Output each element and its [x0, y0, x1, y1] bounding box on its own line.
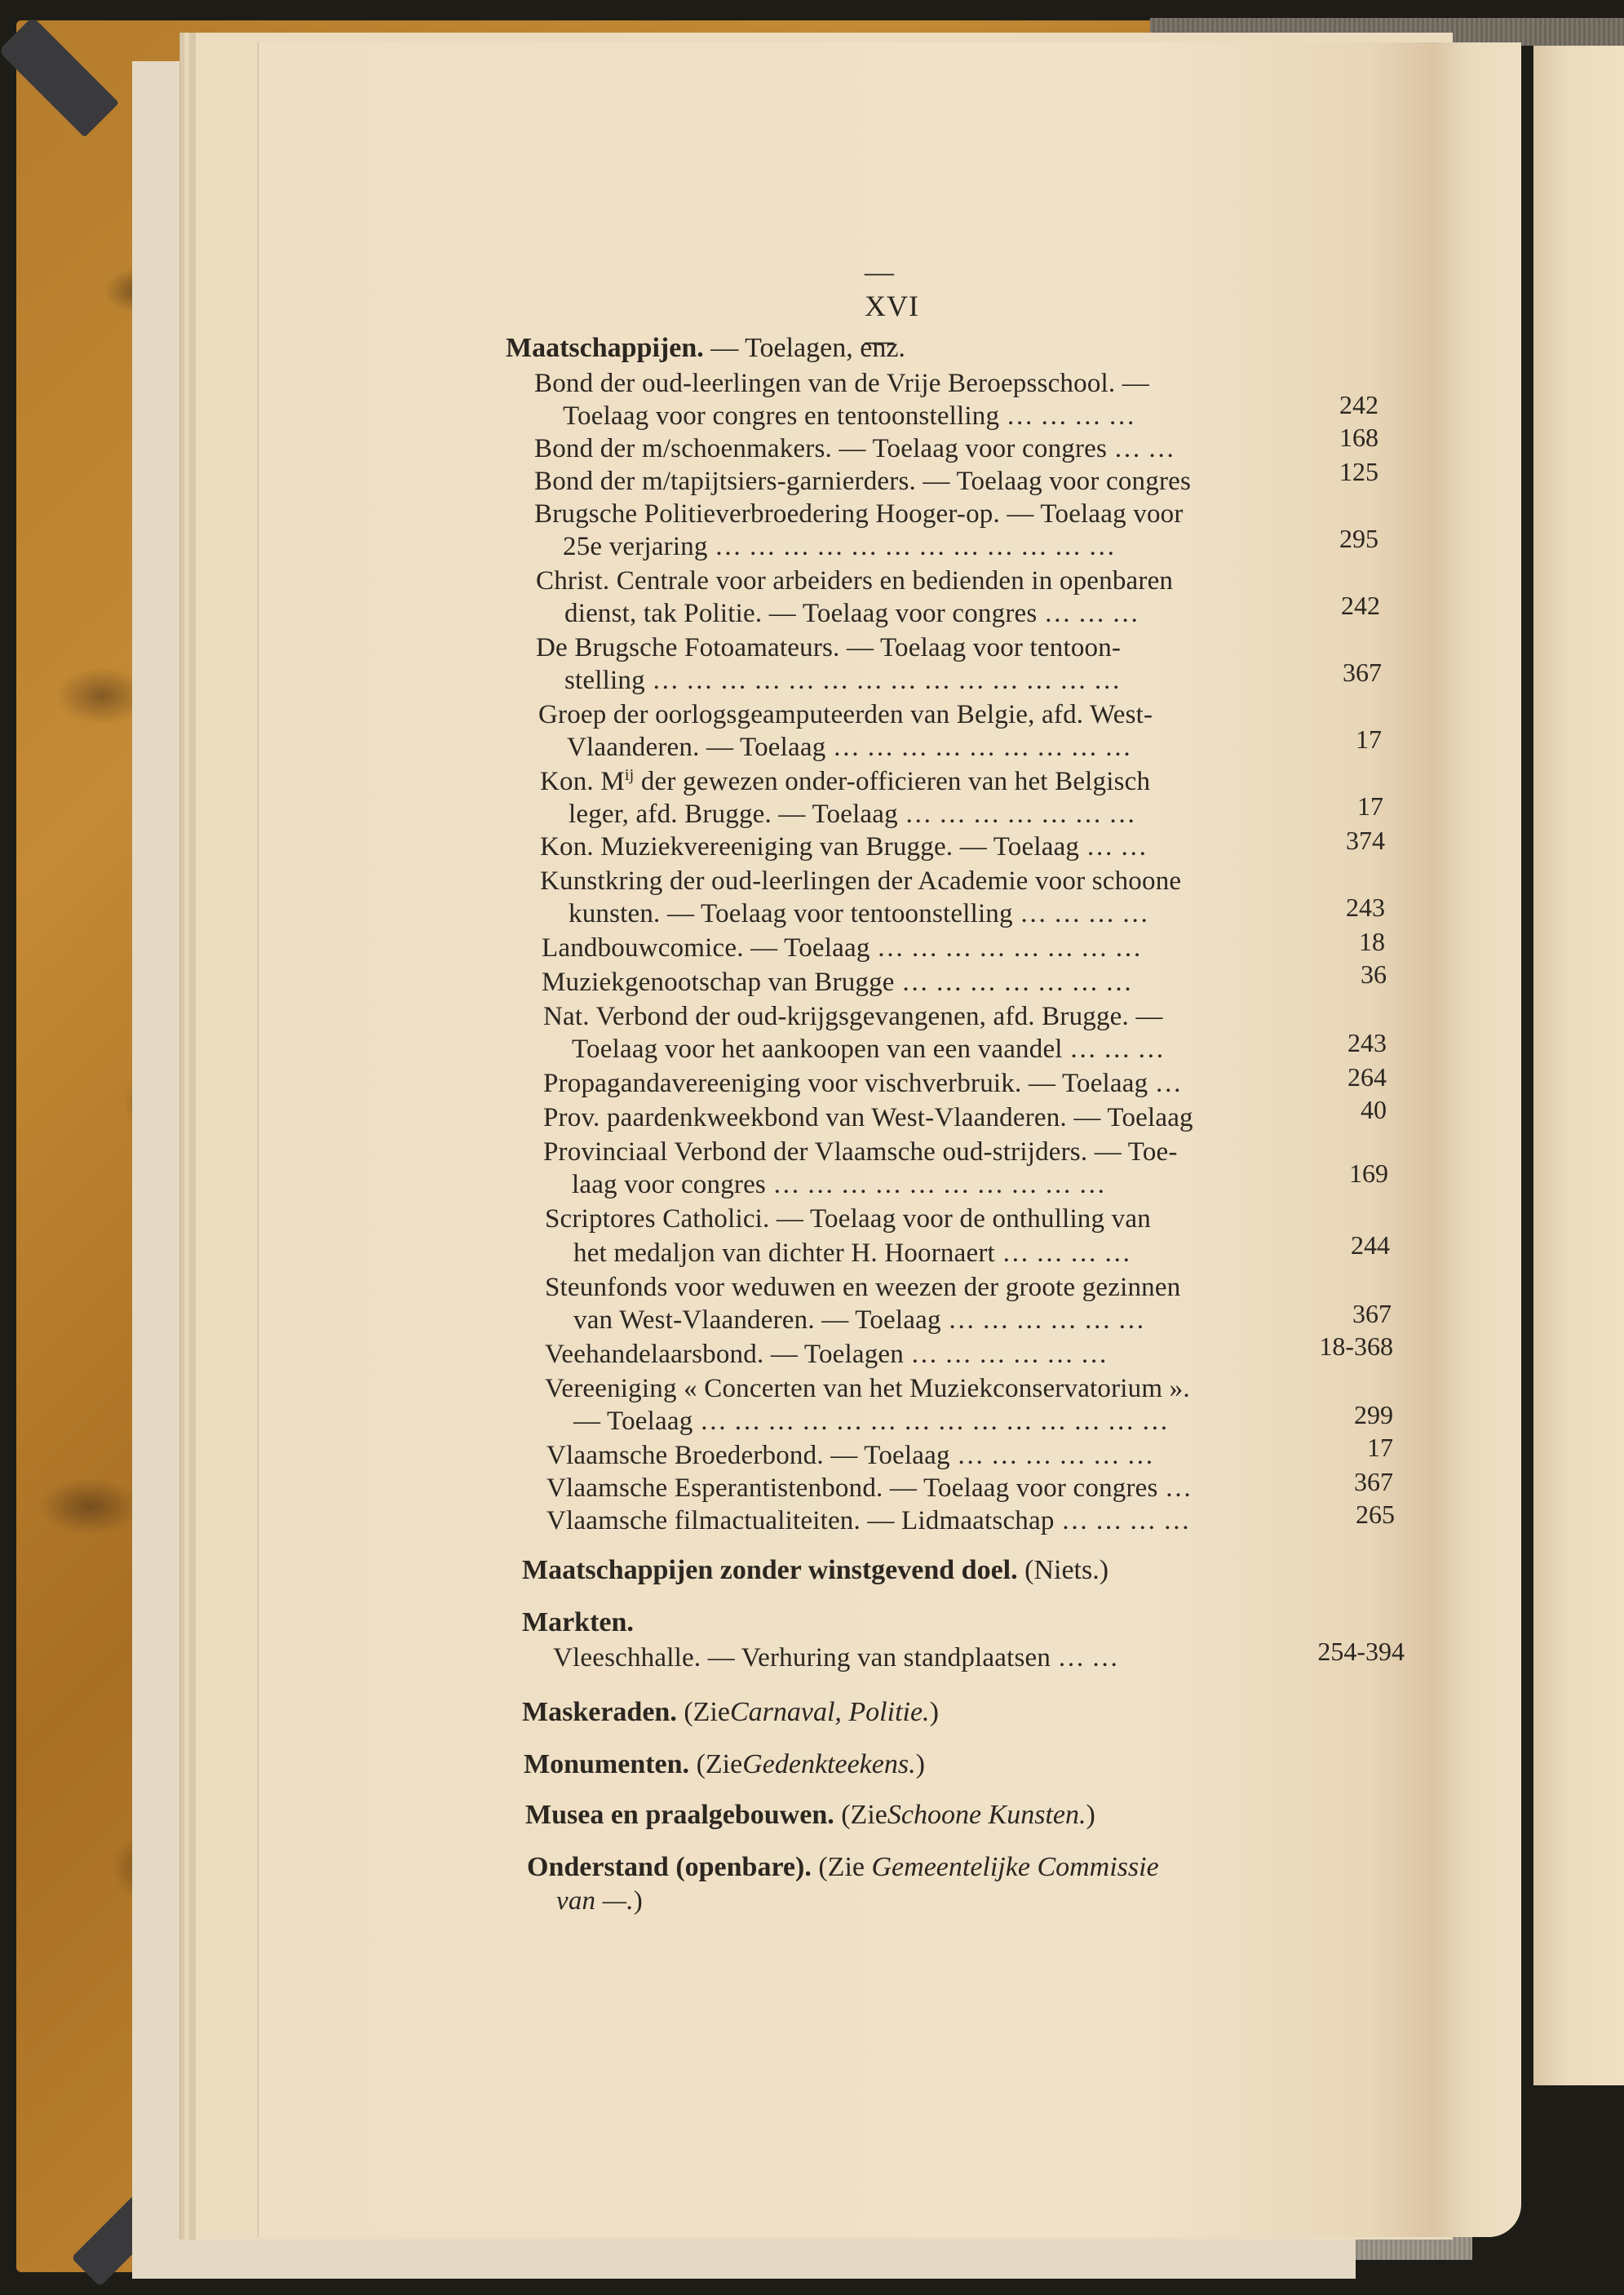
page-ref: 367 [1251, 658, 1382, 688]
note-suffix: ) [930, 1697, 939, 1727]
entry-line: laag voor congres … … … … … … … … … … [572, 1170, 1105, 1200]
heading-onderstand-continuation: van —.) [556, 1886, 643, 1916]
page-ref: 168 [1248, 423, 1378, 453]
entry-line: het medaljon van dichter H. Hoornaert … … [573, 1238, 1131, 1269]
entry-line: De Brugsche Fotoamateurs. — Toelaag voor… [536, 633, 1121, 663]
entry-line: Vlaanderen. — Toelaag … … … … … … … … … [567, 733, 1131, 763]
page-ref: 17 [1263, 1433, 1393, 1463]
entry-line: Scriptores Catholici. — Toelaag voor de … [545, 1204, 1151, 1234]
page-ref: 243 [1255, 893, 1385, 923]
note-suffix: ) [916, 1749, 925, 1779]
heading-onderstand: Onderstand (openbare). (Zie Gemeentelijk… [527, 1852, 1159, 1883]
entry-line: Vleeschhalle. — Verhuring van standplaat… [553, 1643, 1118, 1673]
page-ref: 125 [1248, 457, 1378, 487]
entry-line: Kon. Muziekvereeniging van Brugge. — Toe… [540, 832, 1147, 862]
page-ref: 244 [1259, 1230, 1390, 1260]
entry-line: stelling … … … … … … … … … … … … … … [564, 666, 1121, 696]
entry-line: Muziekgenootschap van Brugge … … … … … …… [542, 968, 1132, 998]
note-italic: Schoone Kunsten. [887, 1800, 1086, 1830]
note-prefix: (Zie [818, 1852, 865, 1882]
page-ref: 17 [1253, 791, 1383, 822]
entry-line: Kunstkring der oud-leerlingen der Academ… [540, 866, 1181, 897]
entry-line: Propagandavereeniging voor vischverbruik… [543, 1069, 1182, 1099]
heading-title: Maatschappijen zonder winstgevend doel. [522, 1555, 1018, 1585]
page-ref: 18-368 [1263, 1331, 1393, 1362]
entry-line: Nat. Verbond der oud-krijgsgevangenen, a… [543, 1002, 1163, 1032]
heading-monumenten: Monumenten. (ZieGedenkteekens.) [524, 1749, 925, 1780]
entry-line: Vereeniging « Concerten van het Muziekco… [545, 1374, 1190, 1404]
heading-title: Maatschappijen. [506, 333, 704, 363]
note-italic: van —. [556, 1886, 634, 1916]
entry-line: Bond der m/schoenmakers. — Toelaag voor … [534, 434, 1175, 464]
page-ref: 374 [1255, 826, 1385, 856]
page-ref: 243 [1256, 1028, 1387, 1058]
heading-markten: Markten. [522, 1607, 634, 1638]
entry-line: 25e verjaring … … … … … … … … … … … … [563, 532, 1115, 562]
heading-title: Musea en praalgebouwen. [525, 1800, 834, 1830]
page-ref: 299 [1263, 1400, 1393, 1430]
entry-line: Bond der oud-leerlingen van de Vrije Ber… [534, 369, 1149, 399]
entry-line: kunsten. — Toelaag voor tentoonstelling … [569, 899, 1148, 929]
heading-title: Markten. [522, 1607, 634, 1637]
heading-title: Monumenten. [524, 1749, 689, 1779]
page-ref: 40 [1256, 1095, 1387, 1125]
page-ref: 254-394 [1266, 1637, 1405, 1667]
note-prefix: (Zie [841, 1800, 887, 1830]
entry-line: Provinciaal Verbond der Vlaamsche oud-st… [543, 1137, 1178, 1167]
note-suffix: ) [634, 1886, 643, 1916]
entry-line: Vlaamsche Esperantistenbond. — Toelaag v… [546, 1473, 1192, 1504]
note-italic: Carnaval, Politie. [730, 1697, 930, 1727]
entry-line: Brugsche Politieverbroedering Hooger-op.… [534, 499, 1184, 529]
heading-maatschappijen-zonder-winst: Maatschappijen zonder winstgevend doel. … [522, 1555, 1108, 1586]
heading-musea: Musea en praalgebouwen. (ZieSchoone Kuns… [525, 1800, 1095, 1831]
page-ref: 367 [1261, 1299, 1392, 1329]
heading-maskeraden: Maskeraden. (ZieCarnaval, Politie.) [522, 1697, 939, 1728]
heading-title: Onderstand (openbare). [527, 1852, 812, 1882]
entry-line: dienst, tak Politie. — Toelaag voor cong… [564, 599, 1139, 629]
heading-title: Maskeraden. [522, 1697, 677, 1727]
entry-line: van West-Vlaanderen. — Toelaag … … … … …… [573, 1305, 1145, 1336]
entry-line: Veehandelaarsbond. — Toelagen … … … … … … [545, 1340, 1108, 1370]
note-italic: Gemeentelijke Commissie [872, 1852, 1159, 1882]
entry-line: Kon. Mij der gewezen onder-officieren va… [540, 767, 1150, 797]
entry-line: — Toelaag … … … … … … … … … … … … … … [573, 1407, 1169, 1437]
page-ref: 367 [1263, 1467, 1393, 1497]
page-ref: 36 [1256, 959, 1387, 990]
page-ref: 17 [1251, 724, 1382, 755]
heading-subtitle: — Toelagen, enz. [710, 333, 905, 363]
entry-line: Christ. Centrale voor arbeiders en bedie… [536, 566, 1173, 596]
page-ref: 169 [1258, 1159, 1388, 1189]
entry-line: Steunfonds voor weduwen en weezen der gr… [545, 1273, 1180, 1303]
entry-line: Toelaag voor het aankoopen van een vaand… [572, 1035, 1165, 1065]
note-prefix: (Zie [697, 1749, 743, 1779]
page-ref: 265 [1264, 1500, 1395, 1530]
entry-line: Vlaamsche Broederbond. — Toelaag … … … …… [546, 1441, 1154, 1471]
entry-line: Toelaag voor congres en tentoonstelling … [563, 401, 1135, 432]
heading-note: (Niets.) [1024, 1555, 1108, 1585]
entry-line: Bond der m/tapijtsiers-garnierders. — To… [534, 467, 1191, 497]
entry-line: Groep der oorlogsgeamputeerden van Belgi… [538, 700, 1153, 730]
section-heading: Maatschappijen. — Toelagen, enz. [506, 333, 905, 364]
note-prefix: (Zie [684, 1697, 730, 1727]
page-ref: 295 [1248, 524, 1378, 554]
note-italic: Gedenkteekens. [742, 1749, 915, 1779]
page-ref: 242 [1248, 390, 1378, 420]
note-suffix: ) [1086, 1800, 1095, 1830]
page-ref: 264 [1256, 1062, 1387, 1092]
entry-line: Prov. paardenkweekbond van West-Vlaander… [543, 1103, 1193, 1133]
facing-page-edge [1533, 46, 1624, 2085]
page-ref: 242 [1250, 591, 1380, 621]
entry-line: Vlaamsche filmactualiteiten. — Lidmaatsc… [546, 1506, 1190, 1536]
entry-line: leger, afd. Brugge. — Toelaag … … … … … … [569, 800, 1135, 830]
entry-line: Landbouwcomice. — Toelaag … … … … … … … … [542, 933, 1142, 964]
page-ref: 18 [1255, 927, 1385, 957]
